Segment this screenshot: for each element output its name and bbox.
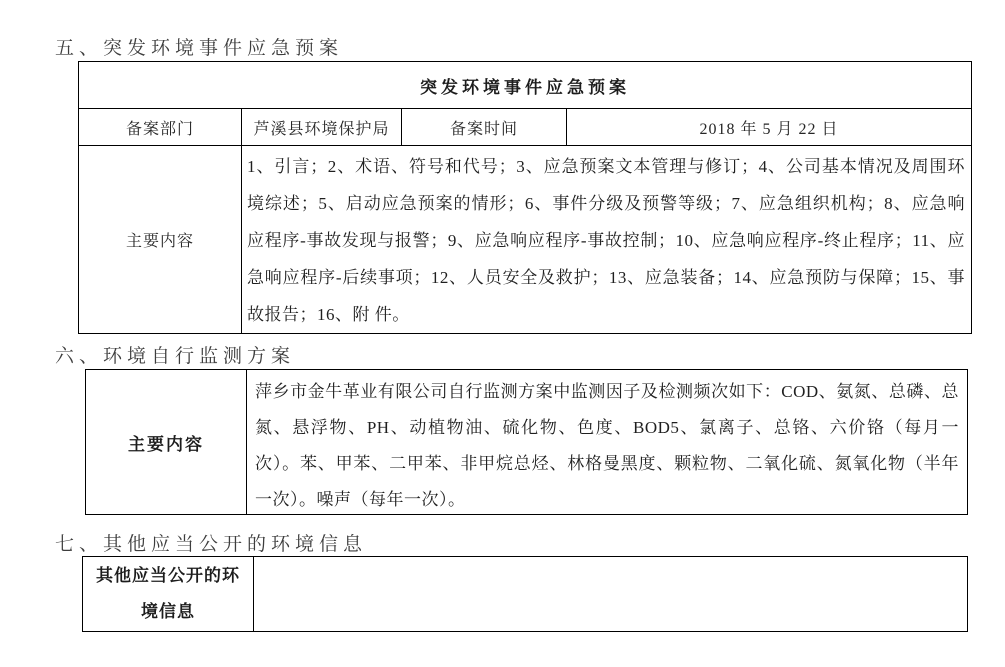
other-public-info-table: 其他应当公开的环境信息 bbox=[82, 556, 968, 632]
document-page: { "colors": { "background": "#ffffff", "… bbox=[0, 0, 1005, 667]
other-public-info-label: 其他应当公开的环境信息 bbox=[83, 557, 253, 631]
filing-time-value: 2018 年 5 月 22 日 bbox=[566, 109, 971, 145]
emergency-plan-table-title: 突发环境事件应急预案 bbox=[79, 62, 971, 108]
emergency-plan-title-row: 突发环境事件应急预案 bbox=[79, 62, 971, 108]
main-content-text: 1、引言；2、术语、符号和代号；3、应急预案文本管理与修订；4、公司基本情况及周… bbox=[241, 146, 971, 333]
emergency-plan-content-row: 主要内容 1、引言；2、术语、符号和代号；3、应急预案文本管理与修订；4、公司基… bbox=[79, 145, 971, 333]
other-public-info-value bbox=[253, 557, 967, 631]
section-5-heading: 五、突发环境事件应急预案 bbox=[55, 33, 343, 60]
section-7-heading: 七、其他应当公开的环境信息 bbox=[55, 529, 367, 556]
self-monitoring-table: 主要内容 萍乡市金牛革业有限公司自行监测方案中监测因子及检测频次如下：COD、氨… bbox=[85, 369, 968, 515]
emergency-plan-meta-row: 备案部门 芦溪县环境保护局 备案时间 2018 年 5 月 22 日 bbox=[79, 108, 971, 145]
main-content-text: 萍乡市金牛革业有限公司自行监测方案中监测因子及检测频次如下：COD、氨氮、总磷、… bbox=[246, 370, 967, 514]
main-content-label: 主要内容 bbox=[86, 370, 246, 514]
other-public-info-row: 其他应当公开的环境信息 bbox=[83, 557, 967, 631]
filing-department-value: 芦溪县环境保护局 bbox=[241, 109, 401, 145]
section-6-heading: 六、环境自行监测方案 bbox=[55, 341, 295, 368]
main-content-label: 主要内容 bbox=[79, 146, 241, 333]
filing-department-label: 备案部门 bbox=[79, 109, 241, 145]
emergency-plan-table: 突发环境事件应急预案 备案部门 芦溪县环境保护局 备案时间 2018 年 5 月… bbox=[78, 61, 972, 334]
filing-time-label: 备案时间 bbox=[401, 109, 566, 145]
self-monitoring-content-row: 主要内容 萍乡市金牛革业有限公司自行监测方案中监测因子及检测频次如下：COD、氨… bbox=[86, 370, 967, 514]
